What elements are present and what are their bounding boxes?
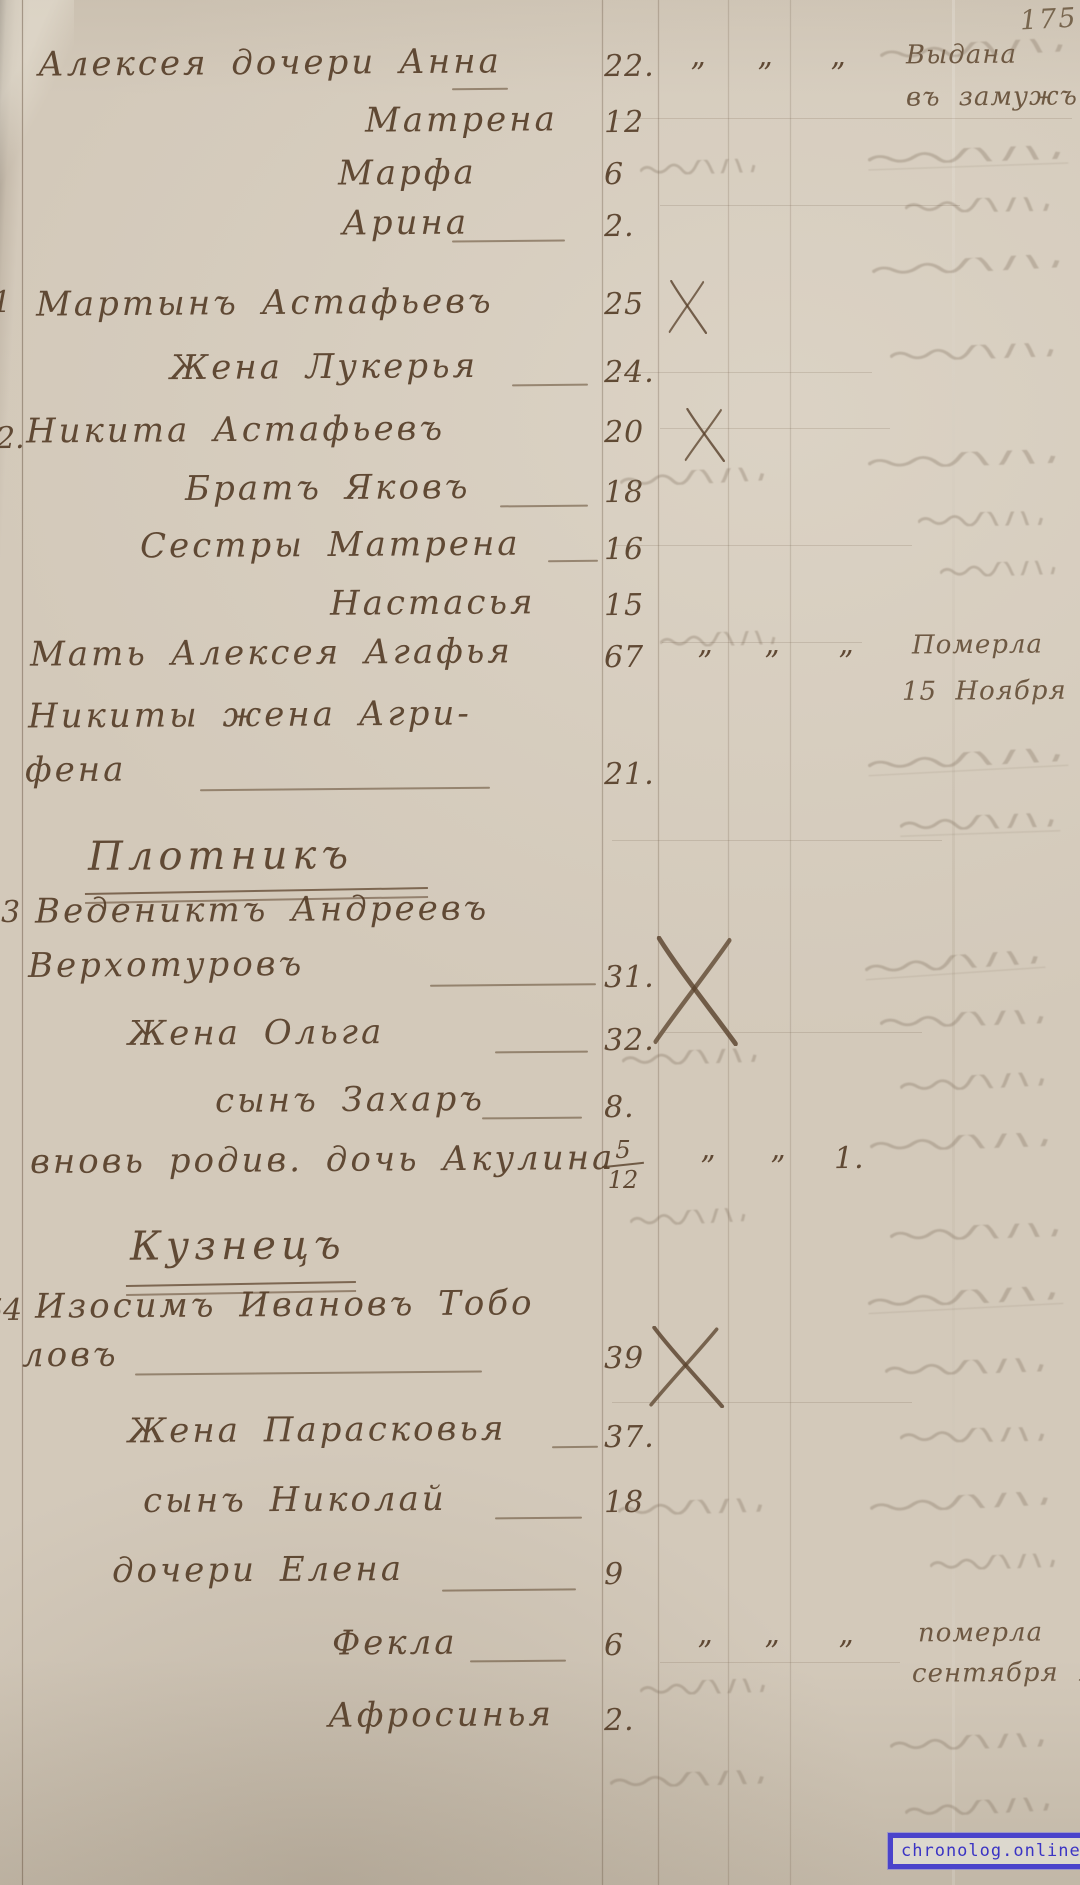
age-value: 9 bbox=[604, 1560, 624, 1590]
ghost-handwriting-mark bbox=[930, 1553, 1060, 1572]
ghost-handwriting-mark bbox=[640, 158, 760, 176]
age-value: 31. bbox=[604, 963, 655, 993]
filler-dash bbox=[470, 1660, 566, 1663]
person-name: Алексея дочери Анна bbox=[38, 44, 502, 81]
person-name: Марфа bbox=[338, 156, 477, 191]
person-name: Фекла bbox=[332, 1626, 458, 1661]
filler-dash bbox=[482, 1117, 582, 1120]
ghost-handwriting-mark bbox=[890, 1222, 1065, 1242]
ghost-handwriting-mark bbox=[620, 466, 771, 488]
ghost-handwriting-mark bbox=[880, 1009, 1050, 1029]
age-value: 21. bbox=[604, 760, 655, 790]
left-margin-rule bbox=[22, 0, 23, 1885]
ghost-handwriting-mark bbox=[918, 511, 1048, 527]
margin-note: 15 Ноября 1859. bbox=[902, 677, 1080, 705]
watermark-panel: chronolog.online bbox=[893, 1838, 1080, 1864]
person-name: дочери Елена bbox=[112, 1552, 404, 1588]
household-number: 53 bbox=[0, 898, 20, 928]
person-name: сынъ Захаръ bbox=[215, 1082, 485, 1118]
person-name: Жена Ольга bbox=[128, 1015, 385, 1051]
ghost-ruled-line bbox=[662, 642, 862, 643]
age-value: 6 bbox=[604, 1631, 624, 1661]
filler-dash bbox=[500, 505, 588, 508]
ghost-handwriting-mark bbox=[640, 1678, 770, 1697]
ditto-mark: ” bbox=[838, 1638, 855, 1668]
person-name: ловъ bbox=[22, 1338, 119, 1373]
ghost-handwriting-mark bbox=[900, 1427, 1050, 1444]
ghost-handwriting-mark bbox=[872, 253, 1067, 277]
check-x-mark bbox=[652, 936, 740, 1046]
section-header: Плотникъ bbox=[88, 835, 353, 877]
person-name: вновь родив. дочь Акулина bbox=[30, 1141, 616, 1179]
ghost-handwriting-mark bbox=[900, 812, 1061, 837]
person-name: Никита Астафьевъ bbox=[26, 412, 445, 449]
household-number: 1 bbox=[0, 288, 11, 318]
age-value: 67 bbox=[604, 643, 644, 673]
ghost-handwriting-mark bbox=[890, 1732, 1050, 1752]
watermark-text: chronolog.online bbox=[901, 1841, 1080, 1861]
ghost-handwriting-mark bbox=[940, 560, 1060, 578]
household-number: 2. bbox=[0, 424, 25, 454]
ghost-handwriting-mark bbox=[610, 1769, 770, 1789]
person-name: Жена Парасковья bbox=[128, 1412, 507, 1449]
ghost-handwriting-mark bbox=[868, 747, 1069, 776]
ditto-mark: ” bbox=[690, 60, 707, 90]
age-value: 2. bbox=[604, 212, 635, 242]
age-value: 24. bbox=[604, 358, 655, 388]
margin-note: 1. bbox=[834, 1144, 865, 1174]
person-name: Ведениктъ Андреевъ bbox=[35, 891, 489, 928]
check-x-mark bbox=[684, 408, 726, 462]
margin-note: померла bbox=[918, 1620, 1043, 1647]
ghost-handwriting-mark bbox=[660, 630, 780, 648]
filler-dash bbox=[495, 1051, 588, 1054]
filler-dash bbox=[495, 1517, 582, 1520]
ghost-ruled-line bbox=[660, 205, 960, 206]
ghost-ruled-line bbox=[612, 545, 912, 546]
ditto-mark: ” bbox=[770, 1153, 787, 1183]
age-value: 39 bbox=[604, 1344, 644, 1374]
filler-dash bbox=[442, 1588, 576, 1591]
filler-dash bbox=[552, 1446, 598, 1448]
person-name: Сестры Матрена bbox=[140, 527, 521, 564]
ghost-handwriting-mark bbox=[885, 1357, 1050, 1377]
filler-dash bbox=[548, 560, 598, 562]
person-name: Арина bbox=[342, 206, 469, 241]
filler-dash bbox=[135, 1370, 482, 1375]
ghost-handwriting-mark bbox=[868, 145, 1069, 171]
age-value: 16 bbox=[604, 535, 644, 565]
filler-dash bbox=[452, 240, 565, 243]
ghost-handwriting-mark bbox=[870, 1132, 1055, 1152]
filler-dash bbox=[200, 787, 490, 792]
filler-dash bbox=[430, 983, 596, 986]
margin-note: Померла bbox=[912, 632, 1043, 659]
column-rule-4 bbox=[790, 0, 791, 1885]
person-name: Никиты жена Агри- bbox=[28, 696, 472, 733]
ditto-mark: ” bbox=[764, 1638, 781, 1668]
ghost-handwriting-mark bbox=[630, 1207, 751, 1227]
person-name: Верхотуровъ bbox=[28, 947, 304, 983]
ghost-ruled-line bbox=[660, 1662, 900, 1663]
check-x-mark bbox=[648, 1326, 726, 1408]
check-x-mark bbox=[668, 280, 708, 334]
ghost-handwriting-mark bbox=[870, 1490, 1055, 1514]
age-value: 8. bbox=[604, 1093, 635, 1123]
ditto-mark: ” bbox=[764, 648, 781, 678]
paper-crease bbox=[952, 0, 955, 1885]
person-name: Настасья bbox=[330, 585, 536, 620]
ditto-mark: ” bbox=[697, 648, 714, 678]
age-value: 15 bbox=[604, 591, 644, 621]
age-fraction: 512 bbox=[602, 1138, 644, 1192]
age-value: 37. bbox=[604, 1423, 655, 1453]
ghost-ruled-line bbox=[612, 1402, 912, 1403]
margin-note: сентября 1859 bbox=[912, 1659, 1080, 1687]
ghost-ruled-line bbox=[662, 1032, 922, 1033]
age-value: 6 bbox=[604, 160, 624, 190]
ghost-handwriting-mark bbox=[868, 1285, 1064, 1314]
age-value: 22. bbox=[604, 52, 655, 82]
filler-dash bbox=[452, 88, 508, 90]
person-name: Мать Алексея Агафья bbox=[30, 634, 513, 671]
watermark-box: chronolog.online bbox=[888, 1833, 1080, 1869]
person-name: Матрена bbox=[365, 102, 558, 137]
age-value: 20 bbox=[604, 418, 644, 448]
ditto-mark: ” bbox=[757, 60, 774, 90]
household-number: 54 bbox=[0, 1296, 22, 1326]
age-value: 25 bbox=[604, 290, 644, 320]
age-value: 12 bbox=[604, 108, 644, 138]
ghost-handwriting-mark bbox=[865, 949, 1046, 981]
ghost-handwriting-mark bbox=[900, 1071, 1051, 1093]
ghost-ruled-line bbox=[660, 428, 890, 429]
ditto-mark: ” bbox=[700, 1153, 717, 1183]
column-rule-1 bbox=[602, 0, 603, 1885]
manuscript-page-scan: 175 Алексея дочери Анна22.”””Выданавъ за… bbox=[0, 0, 1080, 1885]
person-name: фена bbox=[25, 753, 127, 788]
ghost-ruled-line bbox=[612, 840, 942, 841]
person-name: Братъ Яковъ bbox=[185, 470, 471, 506]
ditto-mark: ” bbox=[830, 60, 847, 90]
person-name: Мартынъ Астафьевъ bbox=[36, 284, 494, 321]
ghost-ruled-line bbox=[612, 372, 872, 373]
person-name: Жена Лукерья bbox=[170, 349, 478, 385]
person-name: Изосимъ Ивановъ Тобо bbox=[35, 1286, 535, 1323]
ghost-handwriting-mark bbox=[905, 1796, 1056, 1818]
age-value: 2. bbox=[604, 1706, 635, 1736]
margin-note: въ замужъ bbox=[906, 83, 1078, 110]
person-name: Афросинья bbox=[328, 1697, 554, 1733]
ghost-handwriting-mark bbox=[890, 342, 1060, 362]
page-corner-fold bbox=[0, 0, 74, 200]
ghost-ruled-line bbox=[612, 118, 1072, 119]
filler-dash bbox=[512, 384, 588, 387]
section-header: Кузнецъ bbox=[130, 1225, 346, 1267]
ditto-mark: ” bbox=[697, 1638, 714, 1668]
ditto-mark: ” bbox=[838, 648, 855, 678]
ghost-handwriting-mark bbox=[868, 449, 1063, 470]
person-name: сынъ Николай bbox=[143, 1482, 447, 1518]
page-number: 175 bbox=[1019, 5, 1078, 35]
